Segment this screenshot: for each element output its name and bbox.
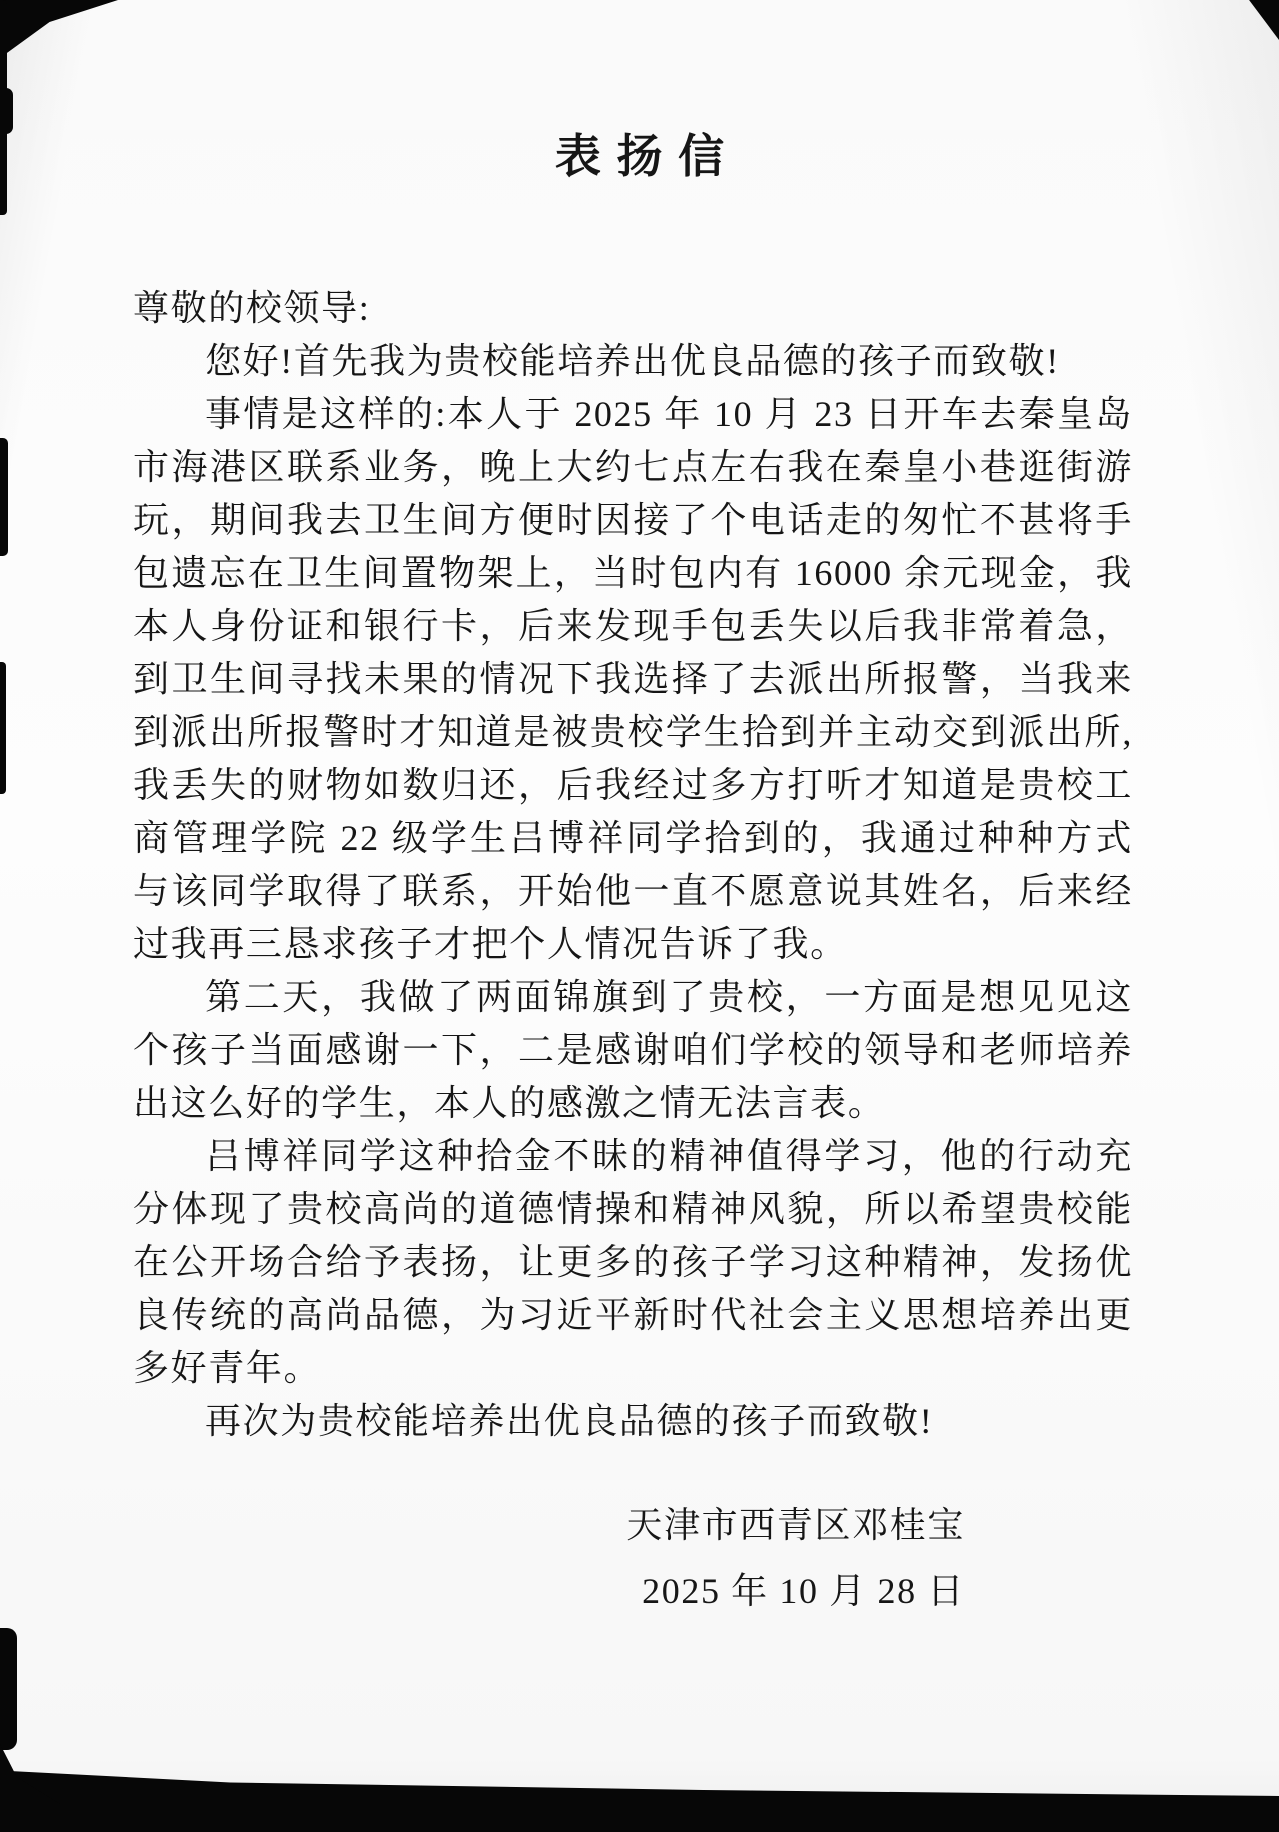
scan-artifact-left-edge [0, 1628, 17, 1750]
paragraph-praise: 吕博祥同学这种拾金不昧的精神值得学习，他的行动充分体现了贵校高尚的道德情操和精神… [133, 1130, 1133, 1395]
paragraph-closing: 再次为贵校能培养出优良品德的孩子而致敬! [133, 1395, 1133, 1448]
scan-artifact-bottom-edge [0, 1757, 1279, 1832]
signature-date: 2025 年 10 月 28 日 [133, 1558, 965, 1624]
scan-artifact-left-edge [0, 662, 6, 794]
letter-body: 尊敬的校领导: 您好!首先我为贵校能培养出优良品德的孩子而致敬! 事情是这样的:… [133, 282, 1133, 1624]
paragraph-visit: 第二天，我做了两面锦旗到了贵校，一方面是想见见这个孩子当面感谢一下，二是感谢咱们… [133, 971, 1133, 1130]
signature-name: 天津市西青区邓桂宝 [133, 1492, 965, 1558]
paragraph-incident: 事情是这样的:本人于 2025 年 10 月 23 日开车去秦皇岛市海港区联系业… [133, 388, 1133, 971]
paragraph-greeting: 您好!首先我为贵校能培养出优良品德的孩子而致敬! [133, 335, 1133, 388]
scan-artifact-left-edge [0, 88, 13, 134]
scan-artifact-left-edge [0, 438, 8, 556]
scanned-letter-page: 表扬信 尊敬的校领导: 您好!首先我为贵校能培养出优良品德的孩子而致敬! 事情是… [0, 0, 1279, 1832]
signature-block: 天津市西青区邓桂宝 2025 年 10 月 28 日 [133, 1492, 1133, 1624]
salutation: 尊敬的校领导: [133, 282, 1133, 335]
letter-title: 表扬信 [0, 0, 1279, 186]
